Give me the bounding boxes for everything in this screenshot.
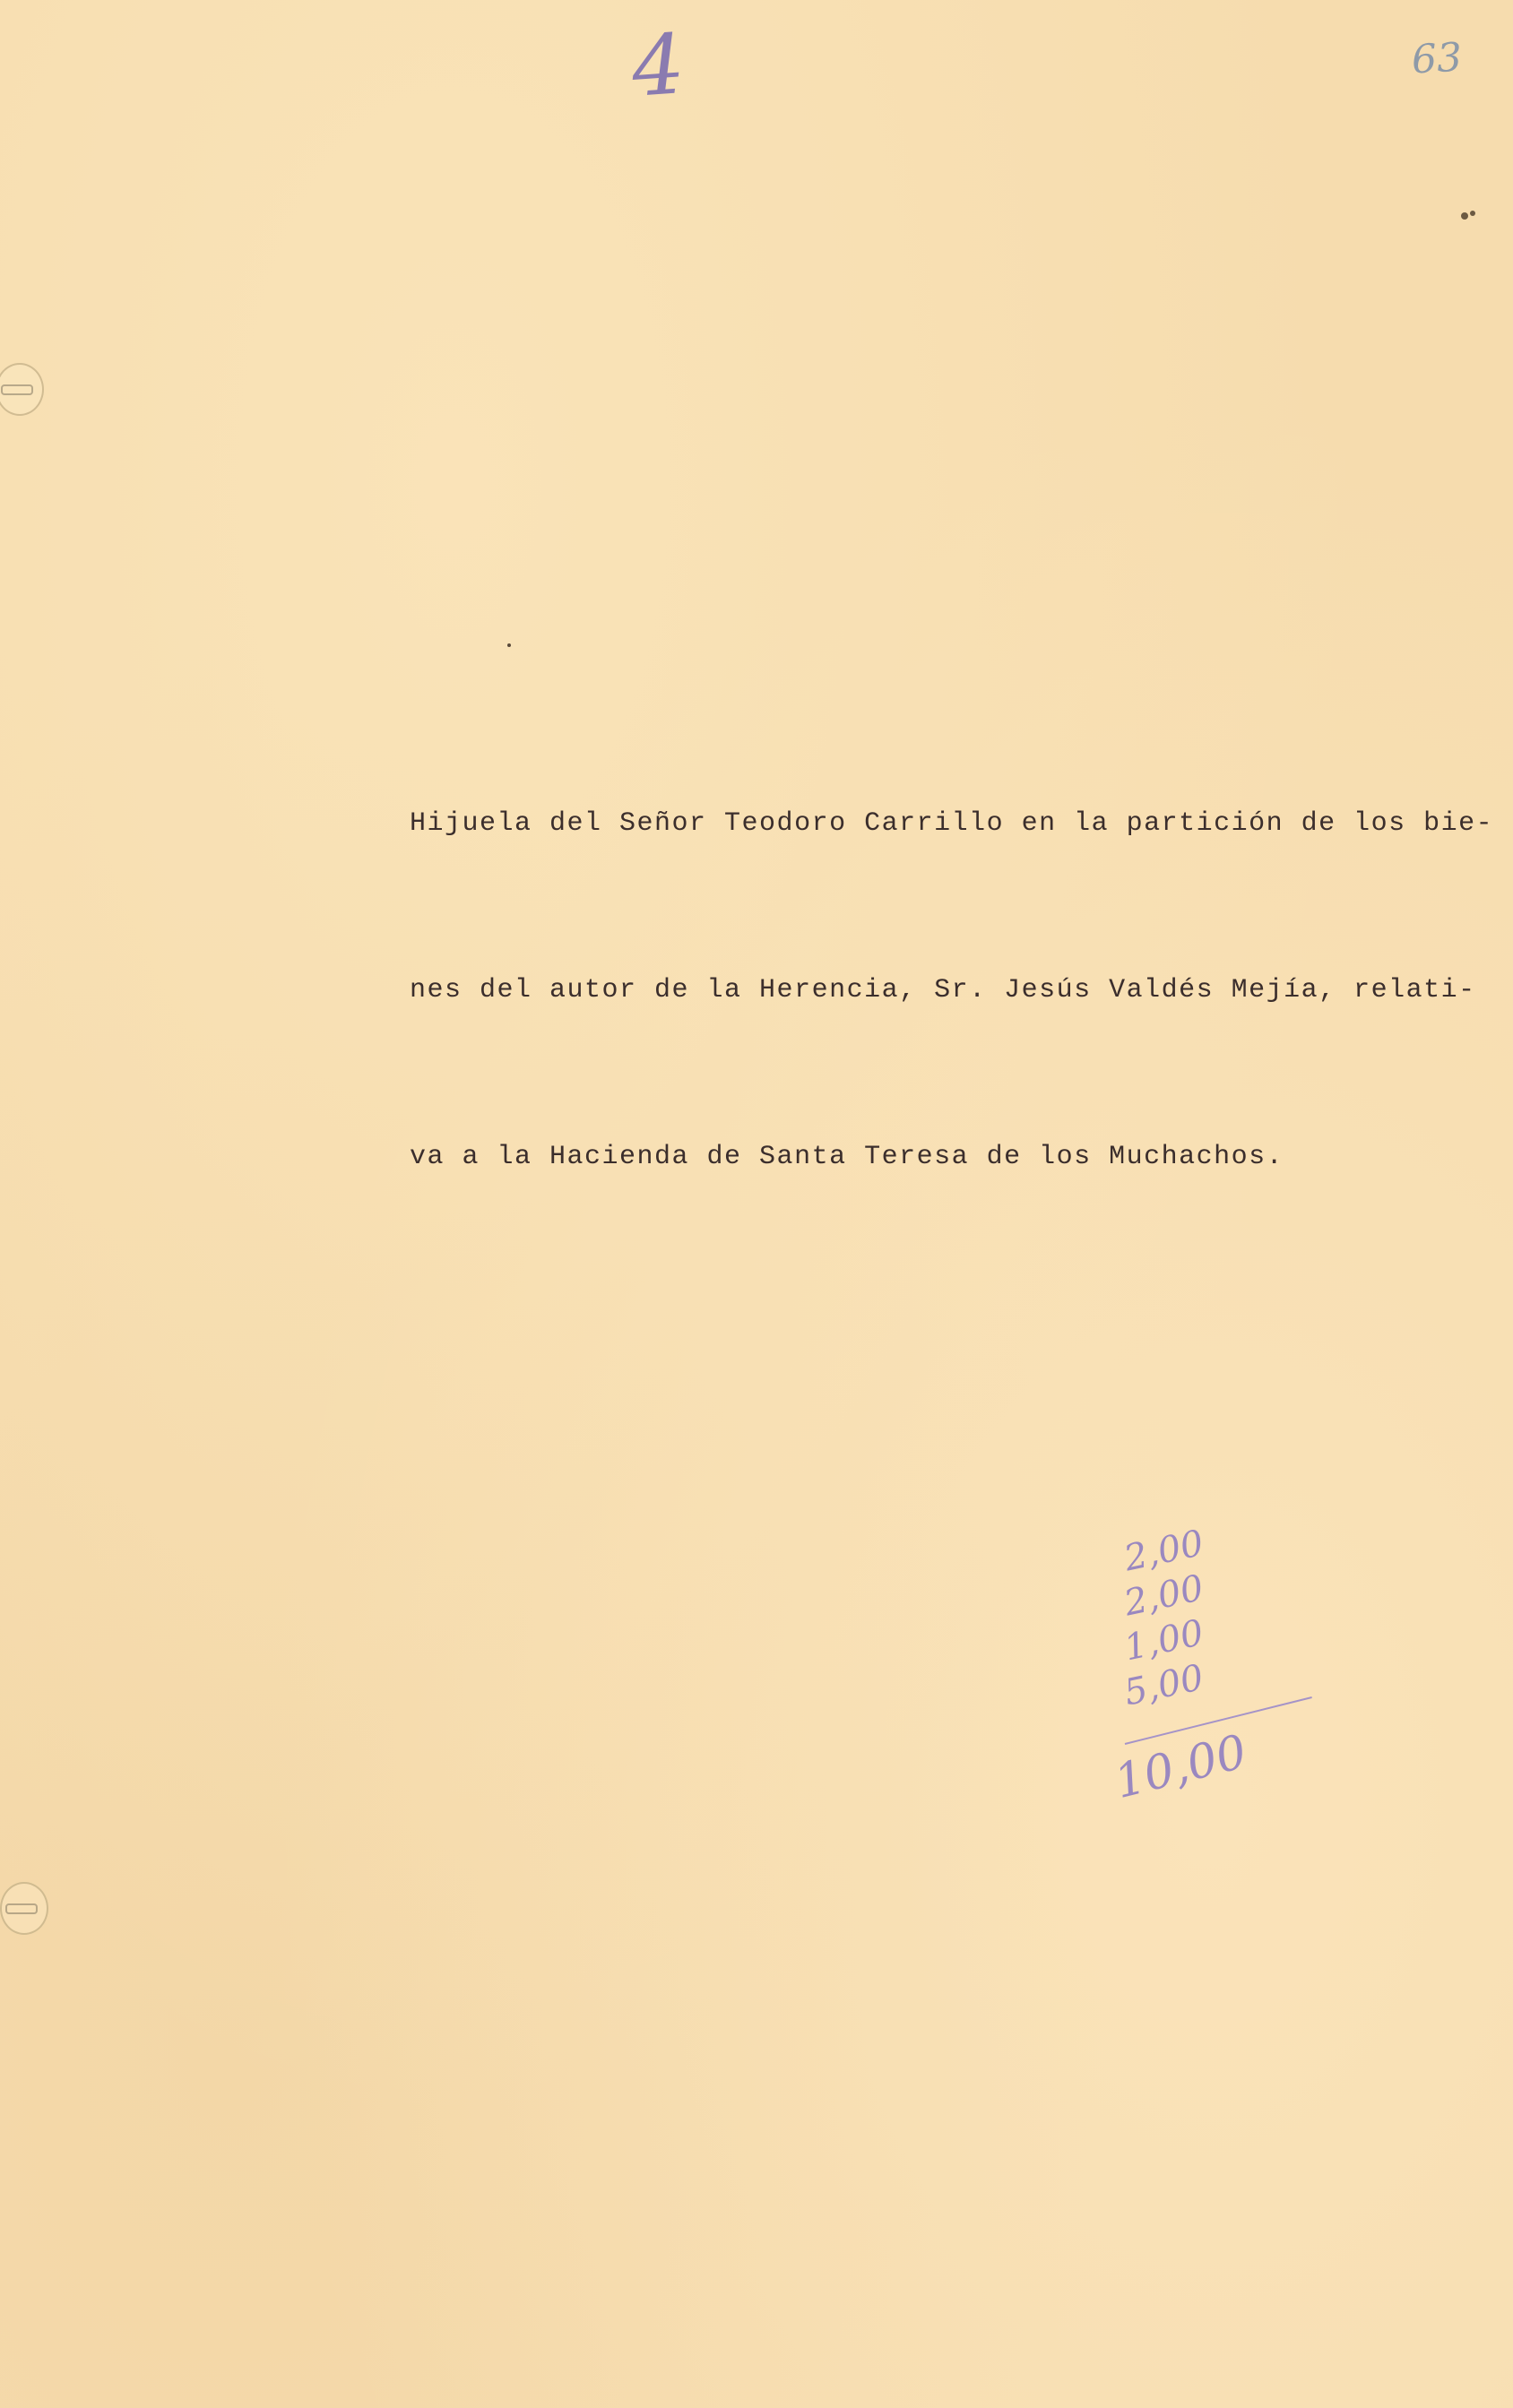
folio-number-annotation: 4 <box>628 16 686 116</box>
document-title-paragraph: Hijuela del Señor Teodoro Carrillo en la… <box>410 685 1513 1296</box>
ink-dot <box>1470 211 1475 216</box>
document-page: 4 63 Hijuela del Señor Teodoro Carrillo … <box>0 0 1513 2408</box>
paragraph-line: Hijuela del Señor Teodoro Carrillo en la… <box>410 796 1513 851</box>
paper-speck <box>507 643 511 647</box>
punch-hole-mark <box>0 1882 48 1935</box>
paragraph-line: va a la Hacienda de Santa Teresa de los … <box>410 1129 1513 1185</box>
margin-calculation: 2,00 2,00 1,00 5,00 10,00 <box>1125 1537 1331 1716</box>
page-number-annotation: 63 <box>1411 35 1464 83</box>
paragraph-line: nes del autor de la Herencia, Sr. Jesús … <box>410 962 1513 1018</box>
punch-hole-mark <box>0 363 44 416</box>
ink-dot <box>1461 212 1468 220</box>
calculation-total: 10,00 <box>1110 1725 1252 1809</box>
